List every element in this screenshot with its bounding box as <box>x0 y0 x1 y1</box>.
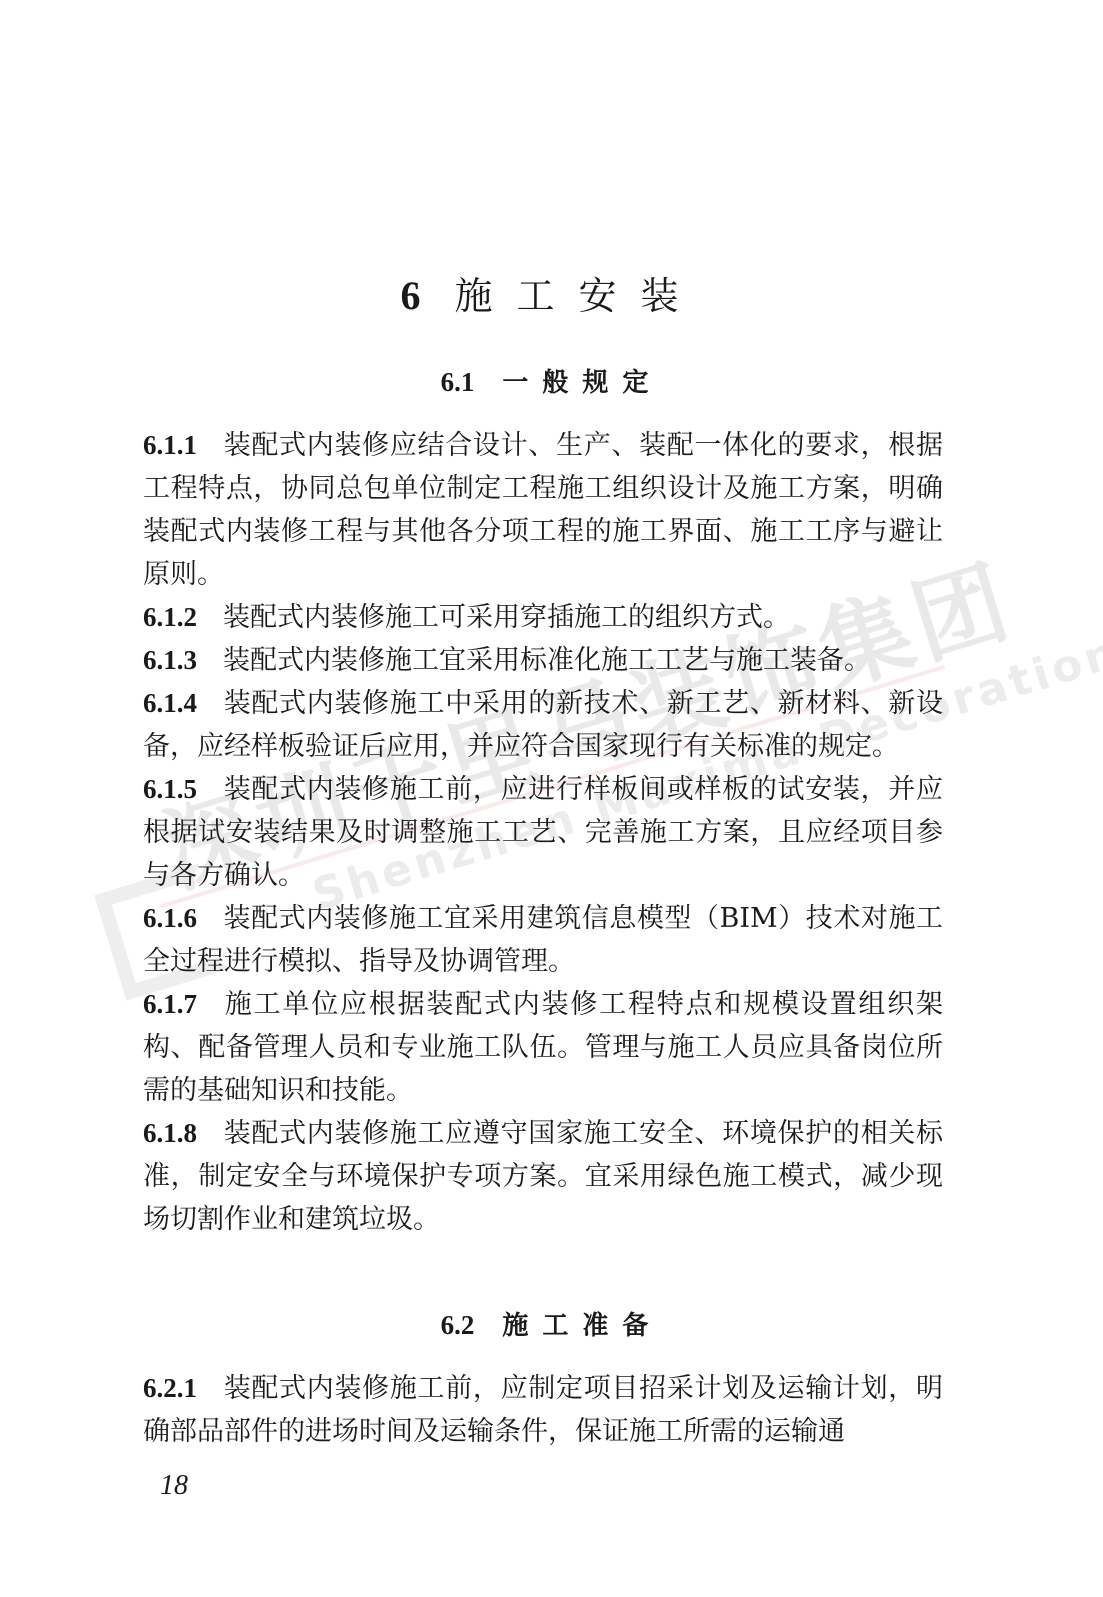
clause: 6.1.5装配式内装修施工前，应进行样板间或样板的试安装，并应根据试安装结果及时… <box>143 768 943 897</box>
clause: 6.2.1装配式内装修施工前，应制定项目招采计划及运输计划，明确部品部件的进场时… <box>143 1367 943 1453</box>
clause: 6.1.4装配式内装修施工中采用的新技术、新工艺、新材料、新设备，应经样板验证后… <box>143 682 943 768</box>
document-page: 深圳千里马装饰集团 Shenzhen Maxima Decoration Gro… <box>0 0 1103 1597</box>
section-title-6-1: 6.1一般规定 <box>0 365 1103 400</box>
clause-number: 6.1.2 <box>143 602 197 632</box>
clause-text: 装配式内装修施工前，应制定项目招采计划及运输计划，明确部品部件的进场时间及运输条… <box>143 1373 943 1447</box>
section-number: 6.2 <box>441 1310 475 1340</box>
chapter-title-text: 施工安装 <box>454 274 702 318</box>
clause-text: 施工单位应根据装配式内装修工程特点和规模设置组织架构、配备管理人员和专业施工队伍… <box>143 989 943 1106</box>
clause-text: 装配式内装修施工应遵守国家施工安全、环境保护的相关标准，制定安全与环境保护专项方… <box>143 1118 943 1235</box>
clause: 6.1.2装配式内装修施工可采用穿插施工的组织方式。 <box>143 596 943 639</box>
clause-number: 6.1.4 <box>143 688 197 718</box>
clause-number: 6.1.1 <box>143 430 197 460</box>
section-title-text: 一般规定 <box>502 368 662 398</box>
clause-number: 6.1.3 <box>143 645 197 675</box>
section-title-text: 施工准备 <box>502 1311 662 1341</box>
clause: 6.1.8装配式内装修施工应遵守国家施工安全、环境保护的相关标准，制定安全与环境… <box>143 1112 943 1241</box>
clause: 6.1.3装配式内装修施工宜采用标准化施工工艺与施工装备。 <box>143 639 943 682</box>
clause-text: 装配式内装修施工宜采用标准化施工工艺与施工装备。 <box>223 645 871 676</box>
clause-number: 6.1.7 <box>143 989 197 1019</box>
clause-text: 装配式内装修应结合设计、生产、装配一体化的要求，根据工程特点，协同总包单位制定工… <box>143 430 943 590</box>
section-title-6-2: 6.2施工准备 <box>0 1308 1103 1343</box>
section-6-1-body: 6.1.1装配式内装修应结合设计、生产、装配一体化的要求，根据工程特点，协同总包… <box>143 424 943 1241</box>
clause-text: 装配式内装修施工中采用的新技术、新工艺、新材料、新设备，应经样板验证后应用，并应… <box>143 688 943 762</box>
clause-number: 6.1.6 <box>143 903 197 933</box>
section-6-2-body: 6.2.1装配式内装修施工前，应制定项目招采计划及运输计划，明确部品部件的进场时… <box>143 1367 943 1453</box>
clause: 6.1.7施工单位应根据装配式内装修工程特点和规模设置组织架构、配备管理人员和专… <box>143 983 943 1112</box>
clause-text: 装配式内装修施工可采用穿插施工的组织方式。 <box>223 602 790 633</box>
clause-number: 6.1.8 <box>143 1118 197 1148</box>
clause-text: 装配式内装修施工宜采用建筑信息模型（BIM）技术对施工全过程进行模拟、指导及协调… <box>143 903 943 977</box>
clause-number: 6.1.5 <box>143 774 197 804</box>
chapter-number: 6 <box>400 273 420 318</box>
clause-text: 装配式内装修施工前，应进行样板间或样板的试安装，并应根据试安装结果及时调整施工工… <box>143 774 943 891</box>
section-number: 6.1 <box>441 367 475 397</box>
clause-number: 6.2.1 <box>143 1373 197 1403</box>
clause: 6.1.1装配式内装修应结合设计、生产、装配一体化的要求，根据工程特点，协同总包… <box>143 424 943 596</box>
page-number: 18 <box>160 1470 188 1502</box>
chapter-title: 6施工安装 <box>0 272 1103 320</box>
clause: 6.1.6装配式内装修施工宜采用建筑信息模型（BIM）技术对施工全过程进行模拟、… <box>143 897 943 983</box>
